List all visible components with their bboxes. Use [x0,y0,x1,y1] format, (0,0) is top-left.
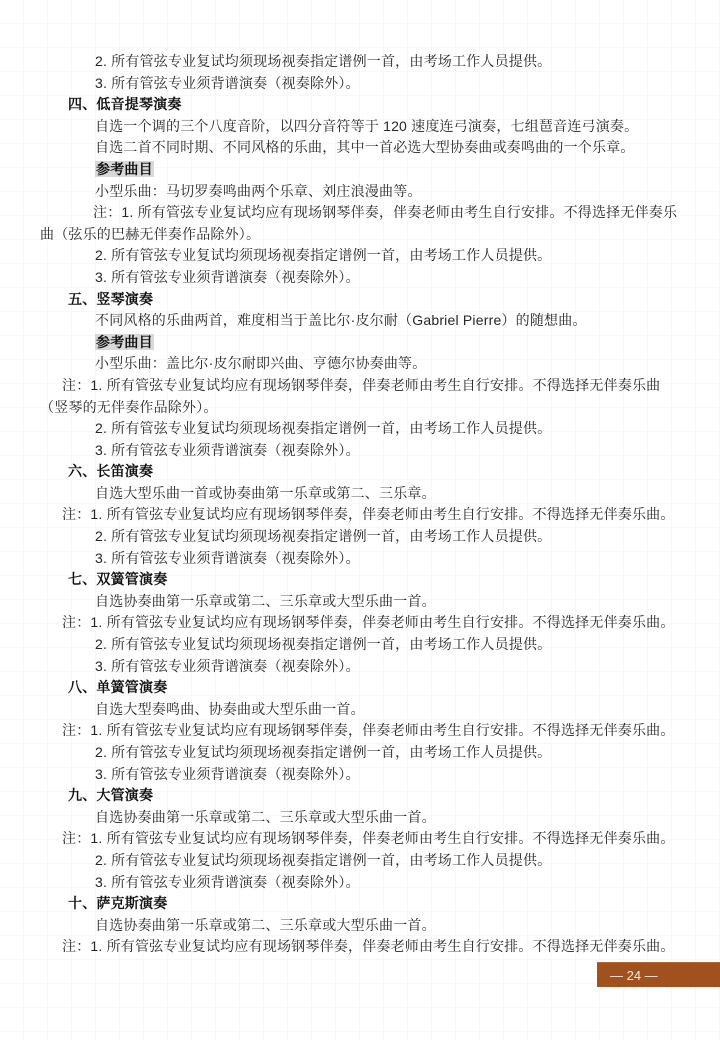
body-line: 自选二首不同时期、不同风格的乐曲，其中一首必选大型协奏曲或奏鸣曲的一个乐章。 [95,137,686,159]
body-line: 自选一个调的三个八度音阶，以四分音符等于 120 速度连弓演奏，七组琶音连弓演奏… [95,116,686,138]
body-line: 2. 所有管弦专业复试均须现场视奏指定谱例一首，由考场工作人员提供。 [95,418,686,440]
note-line: 注：1. 所有管弦专业复试均应有现场钢琴伴奏，伴奏老师由考生自行安排。不得选择无… [40,375,686,418]
section-heading: 六、长笛演奏 [68,461,686,483]
page-number-badge: — 24 — [597,962,720,987]
section-heading: 七、双簧管演奏 [68,569,686,591]
body-line: 2. 所有管弦专业复试均须现场视奏指定谱例一首，由考场工作人员提供。 [95,634,686,656]
section-heading: 九、大管演奏 [68,785,686,807]
reference-repertoire-label: 参考曲目 [95,161,154,177]
note-line: 注：1. 所有管弦专业复试均应有现场钢琴伴奏，伴奏老师由考生自行安排。不得选择无… [40,720,686,742]
note-line: 注：1. 所有管弦专业复试均应有现场钢琴伴奏，伴奏老师由考生自行安排。不得选择无… [40,936,686,958]
reference-repertoire-label: 参考曲目 [95,334,154,350]
body-line: 2. 所有管弦专业复试均须现场视奏指定谱例一首，由考场工作人员提供。 [95,245,686,267]
section: 七、双簧管演奏自选协奏曲第一乐章或第二、三乐章或大型乐曲一首。注：1. 所有管弦… [40,569,686,677]
note-line: 注：1. 所有管弦专业复试均应有现场钢琴伴奏，伴奏老师由考生自行安排。不得选择无… [40,828,686,850]
body-line: 自选协奏曲第一乐章或第二、三乐章或大型乐曲一首。 [95,591,686,613]
body-line: 自选大型奏鸣曲、协奏曲或大型乐曲一首。 [95,699,686,721]
sections: 四、低音提琴演奏自选一个调的三个八度音阶，以四分音符等于 120 速度连弓演奏，… [40,94,686,958]
body-line: 3. 所有管弦专业须背谱演奏（视奏除外）。 [95,548,686,570]
body-line: 3. 所有管弦专业须背谱演奏（视奏除外）。 [95,764,686,786]
section-heading: 十、萨克斯演奏 [68,893,686,915]
section: 九、大管演奏自选协奏曲第一乐章或第二、三乐章或大型乐曲一首。注：1. 所有管弦专… [40,785,686,893]
body-line: 3. 所有管弦专业须背谱演奏（视奏除外）。 [95,872,686,894]
document-page: 2. 所有管弦专业复试均须现场视奏指定谱例一首，由考场工作人员提供。 3. 所有… [0,0,720,1040]
section: 六、长笛演奏自选大型乐曲一首或协奏曲第一乐章或第二、三乐章。注：1. 所有管弦专… [40,461,686,569]
body-line: 小型乐曲：盖比尔·皮尔耐即兴曲、亨德尔协奏曲等。 [95,353,686,375]
body-line: 自选协奏曲第一乐章或第二、三乐章或大型乐曲一首。 [95,915,686,937]
body-line: 不同风格的乐曲两首，难度相当于盖比尔·皮尔耐（Gabriel Pierre）的随… [95,310,686,332]
body-line: 3. 所有管弦专业须背谱演奏（视奏除外）。 [95,440,686,462]
note-line: 注：1. 所有管弦专业复试均应有现场钢琴伴奏，伴奏老师由考生自行安排。不得选择无… [40,504,686,526]
section: 四、低音提琴演奏自选一个调的三个八度音阶，以四分音符等于 120 速度连弓演奏，… [40,94,686,288]
body-line: 自选协奏曲第一乐章或第二、三乐章或大型乐曲一首。 [95,807,686,829]
document-content: 2. 所有管弦专业复试均须现场视奏指定谱例一首，由考场工作人员提供。 3. 所有… [40,51,686,958]
body-line: 3. 所有管弦专业须背谱演奏（视奏除外）。 [95,656,686,678]
note-line: 注：1. 所有管弦专业复试均应有现场钢琴伴奏，伴奏老师由考生自行安排。不得选择无… [40,612,686,634]
page-number-label: — 24 — [610,968,658,983]
section: 五、竖琴演奏不同风格的乐曲两首，难度相当于盖比尔·皮尔耐（Gabriel Pie… [40,289,686,462]
section-heading: 五、竖琴演奏 [68,289,686,311]
body-line: 2. 所有管弦专业复试均须现场视奏指定谱例一首，由考场工作人员提供。 [95,526,686,548]
section-heading: 八、单簧管演奏 [68,677,686,699]
intro-note-item: 3. 所有管弦专业须背谱演奏（视奏除外）。 [95,73,686,95]
body-line: 自选大型乐曲一首或协奏曲第一乐章或第二、三乐章。 [95,483,686,505]
body-line: 3. 所有管弦专业须背谱演奏（视奏除外）。 [95,267,686,289]
section: 十、萨克斯演奏自选协奏曲第一乐章或第二、三乐章或大型乐曲一首。注：1. 所有管弦… [40,893,686,958]
body-line: 2. 所有管弦专业复试均须现场视奏指定谱例一首，由考场工作人员提供。 [95,850,686,872]
reference-repertoire-line: 参考曲目 [95,159,686,181]
intro-note-item: 2. 所有管弦专业复试均须现场视奏指定谱例一首，由考场工作人员提供。 [95,51,686,73]
section: 八、单簧管演奏自选大型奏鸣曲、协奏曲或大型乐曲一首。注：1. 所有管弦专业复试均… [40,677,686,785]
body-line: 2. 所有管弦专业复试均须现场视奏指定谱例一首，由考场工作人员提供。 [95,742,686,764]
section-heading: 四、低音提琴演奏 [68,94,686,116]
body-line: 小型乐曲：马切罗奏鸣曲两个乐章、刘庄浪漫曲等。 [95,181,686,203]
note-line: 注：1. 所有管弦专业复试均应有现场钢琴伴奏，伴奏老师由考生自行安排。不得选择无… [40,202,686,245]
reference-repertoire-line: 参考曲目 [95,332,686,354]
